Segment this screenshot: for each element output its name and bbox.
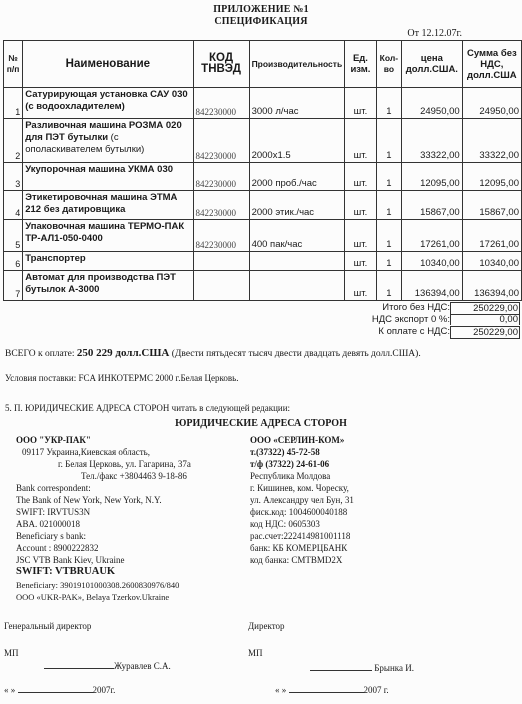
buyer-date[interactable]: « » 2007 г. <box>275 684 389 696</box>
table-row: 2Разливочная машина РОЗМА 020 для ПЭТ бу… <box>4 119 522 163</box>
delivery-terms: Условия поставки: FCA ИНКОТЕРМС 2000 г.Б… <box>5 373 239 383</box>
row-number: 3 <box>4 163 23 191</box>
buyer-date-year: 2007 г. <box>364 685 389 695</box>
table-row: 7Автомат для производства ПЭТ бутылок А-… <box>4 271 522 301</box>
item-qty: 1 <box>376 220 401 252</box>
seller-address-1: 09117 Украина,Киевская область, <box>22 446 150 458</box>
table-row: 6Транспортершт.110340,0010340,00 <box>4 252 522 271</box>
row-number: 7 <box>4 271 23 301</box>
seller-swift: SWIFT: VTBRUAUK <box>16 566 115 578</box>
item-unit: шт. <box>345 252 377 271</box>
item-qty: 1 <box>376 191 401 220</box>
item-capacity: 2000х1.5 <box>249 119 345 163</box>
item-sum: 12095,00 <box>462 163 521 191</box>
seller-stamp: МП <box>4 647 19 659</box>
seller-beneficiary-bank-label: Beneficiary s bank: <box>16 530 86 542</box>
seller-signatory: Журавлев С.А. <box>114 661 171 671</box>
item-name-bold: Этикетировочная машина ЭТМА 212 без дати… <box>25 192 177 215</box>
seller-bank-corr: The Bank of New York, New York, N.Y. <box>16 494 162 506</box>
total-label: К оплате с НДС: <box>378 326 450 337</box>
buyer-role: Директор <box>248 620 285 632</box>
seller-phone: Тел./факс +3804463 9-18-86 <box>81 470 187 482</box>
row-number: 6 <box>4 252 23 271</box>
item-sum: 136394,00 <box>462 271 521 301</box>
total-label: Итого без НДС: <box>382 302 450 313</box>
buyer-phone: т.(37322) 45-72-58 <box>250 446 320 458</box>
seller-signature-line[interactable] <box>44 668 114 669</box>
col-header-num: № п/п <box>4 41 23 88</box>
buyer-street: ул. Александру чел Бун, 31 <box>250 494 354 506</box>
item-price: 15867,00 <box>402 191 463 220</box>
item-code: 842230000 <box>193 88 249 119</box>
seller-signature[interactable]: Журавлев С.А. <box>44 660 171 672</box>
col-header-capacity: Производительность <box>249 41 345 88</box>
table-row: 5Упаковочная машина ТЕРМО-ПАК ТР-АЛ1-050… <box>4 220 522 252</box>
item-price: 17261,00 <box>402 220 463 252</box>
item-code: 842230000 <box>193 163 249 191</box>
item-code: 842230000 <box>193 119 249 163</box>
document-date: От 12.12.07г. <box>407 28 462 39</box>
seller-date-quote: « » <box>4 685 15 695</box>
item-unit: шт. <box>345 220 377 252</box>
item-name-bold: Упаковочная машина ТЕРМО-ПАК ТР-АЛ1-050-… <box>25 221 184 244</box>
item-name: Разливочная машина РОЗМА 020 для ПЭТ бут… <box>23 119 193 163</box>
item-qty: 1 <box>376 271 401 301</box>
item-price: 10340,00 <box>402 252 463 271</box>
addresses-title: ЮРИДИЧЕСКИЕ АДРЕСА СТОРОН <box>0 418 522 429</box>
item-capacity <box>249 271 345 301</box>
clause-text: 5. П. ЮРИДИЧЕСКИЕ АДРЕСА СТОРОН читать в… <box>5 403 290 413</box>
buyer-signatory: Брынка И. <box>374 663 414 673</box>
item-name: Сатурирующая установка САУ 030 (с водоох… <box>23 88 193 119</box>
row-number: 4 <box>4 191 23 220</box>
col-header-name: Наименование <box>23 41 193 88</box>
item-price: 24950,00 <box>402 88 463 119</box>
item-capacity: 3000 л/час <box>249 88 345 119</box>
item-name-bold: Сатурирующая установка САУ 030 (с водоох… <box>25 89 187 112</box>
item-qty: 1 <box>376 119 401 163</box>
seller-bank-name: JSC VTB Bank Kiev, Ukraine <box>16 554 125 566</box>
item-sum: 15867,00 <box>462 191 521 220</box>
item-unit: шт. <box>345 88 377 119</box>
seller-aba: ABA. 021000018 <box>16 518 80 530</box>
item-name-bold: Транспортер <box>25 253 86 264</box>
seller-name-text: ООО "УКР-ПАК" <box>16 435 91 445</box>
seller-date-year: 2007г. <box>93 685 116 695</box>
buyer-fiscal-code: фиск.код: 1004600040188 <box>250 506 347 518</box>
total-amount: 250 229 долл.США <box>77 347 169 359</box>
col-header-price: цена долл.США. <box>402 41 463 88</box>
buyer-vat-code: код НДС: 0605303 <box>250 518 320 530</box>
item-name: Упаковочная машина ТЕРМО-ПАК ТР-АЛ1-050-… <box>23 220 193 252</box>
buyer-stamp: МП <box>248 647 263 659</box>
total-value: 0,00 <box>450 314 520 325</box>
buyer-name: ООО «СЕРЛИН-КОМ» <box>250 434 344 446</box>
item-code: 842230000 <box>193 191 249 220</box>
item-name-bold: Разливочная машина РОЗМА 020 для ПЭТ бут… <box>25 120 182 143</box>
item-name: Укупорочная машина УКМА 030 <box>23 163 193 191</box>
item-sum: 24950,00 <box>462 88 521 119</box>
buyer-date-quote: « » <box>275 685 286 695</box>
table-row: 4Этикетировочная машина ЭТМА 212 без дат… <box>4 191 522 220</box>
buyer-signature-line[interactable] <box>310 670 372 671</box>
item-qty: 1 <box>376 88 401 119</box>
item-capacity <box>249 252 345 271</box>
total-payment-text: ВСЕГО к оплате: 250 229 долл.США (Двести… <box>5 347 421 359</box>
row-number: 5 <box>4 220 23 252</box>
buyer-bank-code: код банка: CMTBMD2X <box>250 554 342 566</box>
col-header-unit: Ед. изм. <box>345 41 377 88</box>
item-name-bold: Автомат для производства ПЭТ бутылок А-3… <box>25 272 176 295</box>
row-number: 2 <box>4 119 23 163</box>
seller-address-2: г. Белая Церковь, ул. Гагарина, 37а <box>58 458 191 470</box>
item-unit: шт. <box>345 119 377 163</box>
seller-role: Генеральный директор <box>4 620 91 632</box>
item-price: 12095,00 <box>402 163 463 191</box>
item-name: Транспортер <box>23 252 193 271</box>
seller-account: Account : 8900222832 <box>16 542 99 554</box>
item-qty: 1 <box>376 252 401 271</box>
table-row: 1Сатурирующая установка САУ 030 (с водоо… <box>4 88 522 119</box>
seller-beneficiary-name: ООО «UKR-PAK», Belaya Tzerkov.Ukraine <box>16 591 169 603</box>
item-capacity: 2000 проб./час <box>249 163 345 191</box>
buyer-fax: т/ф (37322) 24-61-06 <box>250 458 329 470</box>
table-header-row: № п/п Наименование КОД ТНВЭД Производите… <box>4 41 522 88</box>
total-words: (Двести пятьдесят тысяч двести двадцать … <box>169 349 420 359</box>
seller-date-line[interactable] <box>18 692 93 693</box>
item-name-bold: Укупорочная машина УКМА 030 <box>25 164 173 175</box>
specification-table: № п/п Наименование КОД ТНВЭД Производите… <box>3 40 522 301</box>
item-unit: шт. <box>345 271 377 301</box>
buyer-city: г. Кишинев, ком. Чореску, <box>250 482 349 494</box>
buyer-country: Республика Молдова <box>250 470 330 482</box>
row-number: 1 <box>4 88 23 119</box>
item-sum: 17261,00 <box>462 220 521 252</box>
seller-date[interactable]: « » 2007г. <box>4 684 115 696</box>
item-name: Автомат для производства ПЭТ бутылок А-3… <box>23 271 193 301</box>
seller-name: ООО "УКР-ПАК" <box>16 434 91 446</box>
total-label: НДС экспорт 0 %: <box>372 314 450 325</box>
item-unit: шт. <box>345 191 377 220</box>
item-price: 136394,00 <box>402 271 463 301</box>
buyer-account: рас.счет:222414981001118 <box>250 530 350 542</box>
item-capacity: 2000 этик./час <box>249 191 345 220</box>
item-unit: шт. <box>345 163 377 191</box>
seller-beneficiary: Beneficiary: 39019101000308.2600830976/8… <box>16 579 179 591</box>
document-title: ПРИЛОЖЕНИЕ №1 <box>0 4 522 15</box>
item-price: 33322,00 <box>402 119 463 163</box>
item-code <box>193 271 249 301</box>
buyer-signature[interactable]: Брынка И. <box>310 662 414 674</box>
item-capacity: 400 пак/час <box>249 220 345 252</box>
seller-swift-corr: SWIFT: IRVTUS3N <box>16 506 90 518</box>
item-code <box>193 252 249 271</box>
item-sum: 33322,00 <box>462 119 521 163</box>
table-row: 3Укупорочная машина УКМА 030842230000200… <box>4 163 522 191</box>
col-header-code: КОД ТНВЭД <box>193 41 249 88</box>
item-code: 842230000 <box>193 220 249 252</box>
item-qty: 1 <box>376 163 401 191</box>
buyer-date-line[interactable] <box>289 692 364 693</box>
item-name: Этикетировочная машина ЭТМА 212 без дати… <box>23 191 193 220</box>
item-sum: 10340,00 <box>462 252 521 271</box>
seller-bank-corr-label: Bank correspondent: <box>16 482 91 494</box>
col-header-sum: Сумма без НДС, долл.США <box>462 41 521 88</box>
total-value: 250229,00 <box>450 326 520 339</box>
col-header-qty: Кол-во <box>376 41 401 88</box>
total-prefix: ВСЕГО к оплате: <box>5 349 77 359</box>
buyer-bank: банк: КБ КОМЕРЦБАНК <box>250 542 347 554</box>
document-subtitle: СПЕЦИФИКАЦИЯ <box>0 16 522 27</box>
